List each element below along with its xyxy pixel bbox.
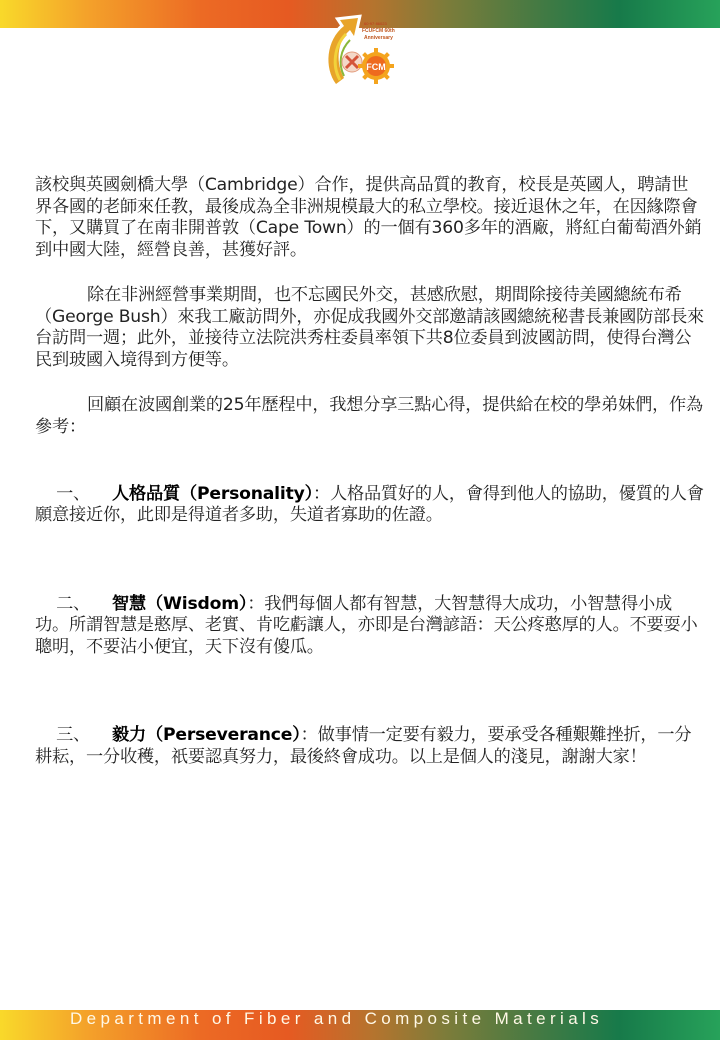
fcm-anniversary-logo-icon: FCM 60·97·86023 FCUFCM 60th Anniversary xyxy=(322,10,398,92)
paragraph-cambridge-school: 該校與英國劍橋大學（Cambridge）合作，提供高品質的教育，校長是英國人，聘… xyxy=(35,175,705,261)
paragraph-reflection: 回顧在波國創業的25年歷程中，我想分享三點心得，提供給在校的學弟妹們，作為參考： xyxy=(35,395,705,438)
point-title: 人格品質（Personality） xyxy=(112,484,313,504)
svg-text:FCUFCM 60th: FCUFCM 60th xyxy=(362,28,395,34)
department-name: Department of Fiber and Composite Materi… xyxy=(70,1009,603,1029)
document-body: 該校與英國劍橋大學（Cambridge）合作，提供高品質的教育，校長是英國人，聘… xyxy=(35,175,705,814)
paragraph-diplomacy: 除在非洲經營事業期間，也不忘國民外交，甚感欣慰，期間除接待美國總統布希（Geor… xyxy=(35,285,705,371)
svg-text:60·97·86023: 60·97·86023 xyxy=(364,21,387,26)
point-title: 智慧（Wisdom） xyxy=(112,594,247,614)
point-perseverance: 三、毅力（Perseverance）：做事情一定要有毅力，要承受各種艱難挫折，一… xyxy=(35,704,705,790)
point-number: 三、 xyxy=(56,725,90,745)
point-wisdom: 二、智慧（Wisdom）：我們每個人都有智慧，大智慧得大成功，小智慧得小成功。所… xyxy=(35,572,705,680)
point-personality: 一、人格品質（Personality）：人格品質好的人，會得到他人的協助，優質的… xyxy=(35,462,705,548)
svg-text:FCM: FCM xyxy=(366,62,386,72)
point-title: 毅力（Perseverance） xyxy=(112,725,301,745)
point-number: 二、 xyxy=(56,594,90,614)
svg-text:Anniversary: Anniversary xyxy=(364,35,393,41)
point-number: 一、 xyxy=(56,484,90,504)
